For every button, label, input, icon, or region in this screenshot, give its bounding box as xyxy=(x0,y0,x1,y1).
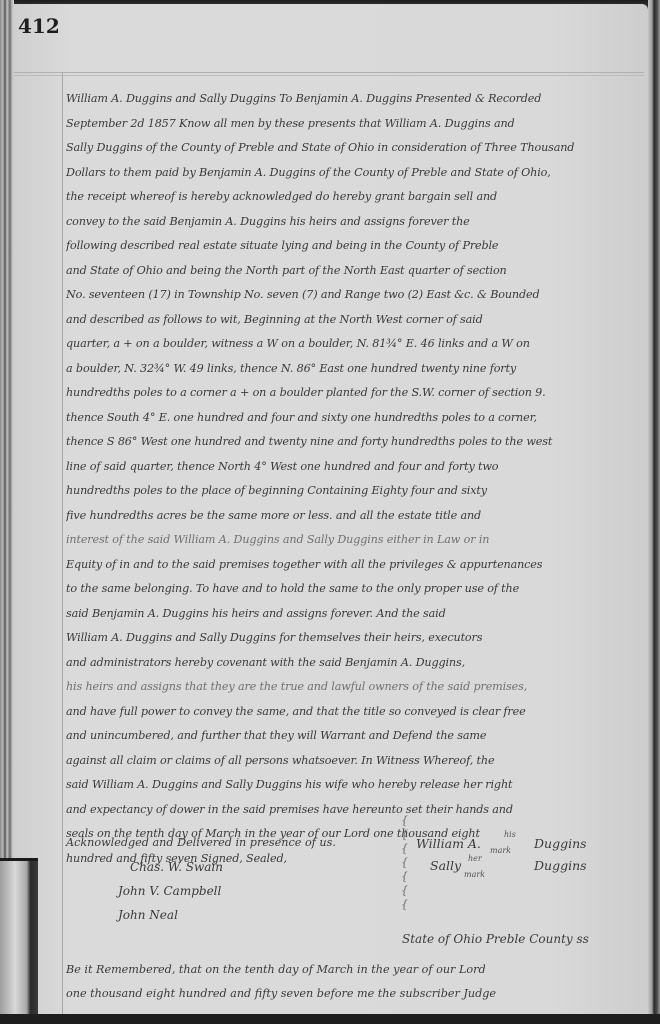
signer-last-name: Duggins xyxy=(534,836,587,851)
acknowledgment-line: Acknowledged and Delivered in presence o… xyxy=(66,836,336,849)
deed-line: and expectancy of dower in the said prem… xyxy=(66,798,644,823)
deed-line: five hundredths acres be the same more o… xyxy=(66,504,644,529)
signer-first-name: Sally xyxy=(430,858,461,873)
deed-line: and administrators hereby covenant with … xyxy=(66,651,644,676)
book-bottom-edge xyxy=(0,1014,660,1024)
deed-line: a boulder, N. 32¾° W. 49 links, thence N… xyxy=(66,357,644,382)
index-tab-stub xyxy=(0,858,38,1024)
deed-line: following described real estate situate … xyxy=(66,234,644,259)
witness-signature: John V. Campbell xyxy=(118,884,221,898)
brace-divider: {{{{{{{ xyxy=(401,814,411,924)
deed-line: hundredths poles to the place of beginni… xyxy=(66,479,644,504)
deed-line: and unincumbered, and further that they … xyxy=(66,724,644,749)
deed-line: hundredths poles to a corner a + on a bo… xyxy=(66,381,644,406)
certificate-heading: State of Ohio Preble County ss xyxy=(402,932,589,946)
deed-text: William A. Duggins and Sally Duggins To … xyxy=(66,87,644,871)
margin-line xyxy=(62,72,63,1017)
certificate-text: Be it Remembered, that on the tenth day … xyxy=(66,958,644,1006)
deed-line: and described as follows to wit, Beginni… xyxy=(66,308,644,333)
mark-label-bottom: mark xyxy=(464,870,485,879)
deed-line: thence S 86° West one hundred and twenty… xyxy=(66,430,644,455)
deed-line: to the same belonging. To have and to ho… xyxy=(66,577,644,602)
deed-line: convey to the said Benjamin A. Duggins h… xyxy=(66,210,644,235)
deed-line: said William A. Duggins and Sally Duggin… xyxy=(66,773,644,798)
mark-label-top: her xyxy=(468,854,482,863)
certificate-line: Be it Remembered, that on the tenth day … xyxy=(66,958,644,982)
deed-line: the receipt whereof is hereby acknowledg… xyxy=(66,185,644,210)
deed-line: Sally Duggins of the County of Preble an… xyxy=(66,136,644,161)
deed-line: No. seventeen (17) in Township No. seven… xyxy=(66,283,644,308)
deed-line: said Benjamin A. Duggins his heirs and a… xyxy=(66,602,644,627)
deed-line: quarter, a + on a boulder, witness a W o… xyxy=(66,332,644,357)
signer-first-name: William A. xyxy=(416,836,481,851)
signer-last-name: Duggins xyxy=(534,858,587,873)
deed-line: thence South 4° E. one hundred and four … xyxy=(66,406,644,431)
deed-line: interest of the said William A. Duggins … xyxy=(66,528,644,553)
signer-name: William A. xyxy=(416,836,481,851)
signature-block: Acknowledged and Delivered in presence o… xyxy=(66,832,644,922)
mark-label-bottom: mark xyxy=(490,846,511,855)
book-binding-right xyxy=(648,0,660,1024)
deed-line: Equity of in and to the said premises to… xyxy=(66,553,644,578)
page-number: 412 xyxy=(18,14,60,38)
witness-signature: Chas. W. Swain xyxy=(130,860,223,874)
header-rule xyxy=(14,72,644,76)
deed-line: line of said quarter, thence North 4° We… xyxy=(66,455,644,480)
mark-label-top: his xyxy=(504,830,516,839)
deed-line: Dollars to them paid by Benjamin A. Dugg… xyxy=(66,161,644,186)
deed-line: his heirs and assigns that they are the … xyxy=(66,675,644,700)
deed-line: and State of Ohio and being the North pa… xyxy=(66,259,644,284)
deed-line: and have full power to convey the same, … xyxy=(66,700,644,725)
deed-line: William A. Duggins and Sally Duggins for… xyxy=(66,626,644,651)
certificate-line: one thousand eight hundred and fifty sev… xyxy=(66,982,644,1006)
deed-line: William A. Duggins and Sally Duggins To … xyxy=(66,87,644,112)
deed-line: September 2d 1857 Know all men by these … xyxy=(66,112,644,137)
witness-signature: John Neal xyxy=(118,908,178,922)
deed-line: against all claim or claims of all perso… xyxy=(66,749,644,774)
